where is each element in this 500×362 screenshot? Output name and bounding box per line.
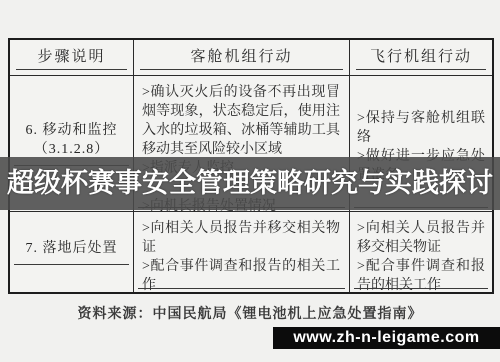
step-cell-7: 7. 落地后处置 (10, 212, 134, 292)
header-cell-step: 步骤说明 (10, 40, 134, 75)
flight-action-item: >保持与客舱机组联络 (357, 109, 485, 147)
flight-actions-cell-7: >向相关人员报告并移交相关物证 >配合事件调查和报告的相关工作 (350, 212, 492, 292)
cabin-actions-cell-7: >向相关人员报告并移交相关物证 >配合事件调查和报告的相关工作 (134, 212, 350, 292)
flight-action-item: >向相关人员报告并移交相关物证 (357, 219, 485, 257)
step-label: 7. 落地后处置 (26, 239, 118, 258)
header-underline (356, 69, 486, 70)
header-underline (140, 69, 343, 70)
overlay-title-text: 超级杯赛事安全管理策略研究与实践探讨 (7, 170, 493, 197)
table-header-row: 步骤说明 客舱机组行动 飞行机组行动 (10, 40, 492, 76)
header-label-cabin: 客舱机组行动 (190, 45, 292, 66)
cell-bottom-rule (354, 288, 488, 289)
step-label: 6. 移动和监控 (26, 121, 118, 140)
cabin-action-item: >向相关人员报告并移交相关物证 (142, 219, 340, 257)
source-note: 资料来源：中国民航局《锂电池机上应急处置指南》 (0, 303, 500, 323)
step-underline (14, 264, 129, 265)
watermark-url-text: www.zh-n-leigame.com (293, 329, 479, 347)
overlay-title-banner: 超级杯赛事安全管理策略研究与实践探讨 (0, 157, 500, 210)
flight-action-item: >配合事件调查和报告的相关工作 (357, 257, 485, 292)
header-cell-flight: 飞行机组行动 (350, 40, 492, 75)
watermark-badge: www.zh-n-leigame.com (273, 327, 500, 349)
header-label-step: 步骤说明 (37, 45, 105, 66)
cabin-action-item: >配合事件调查和报告的相关工作 (142, 257, 340, 292)
header-label-flight: 飞行机组行动 (370, 45, 472, 66)
table-row-7-post-landing: 7. 落地后处置 >向相关人员报告并移交相关物证 >配合事件调查和报告的相关工作… (10, 212, 492, 292)
cabin-action-item: >确认灭火后的设备不再出现冒烟等现象，状态稳定后，使用注入水的垃圾箱、冰桶等辅助… (142, 83, 340, 159)
header-underline (16, 69, 127, 70)
cell-bottom-rule (138, 288, 345, 289)
header-cell-cabin: 客舱机组行动 (134, 40, 350, 75)
